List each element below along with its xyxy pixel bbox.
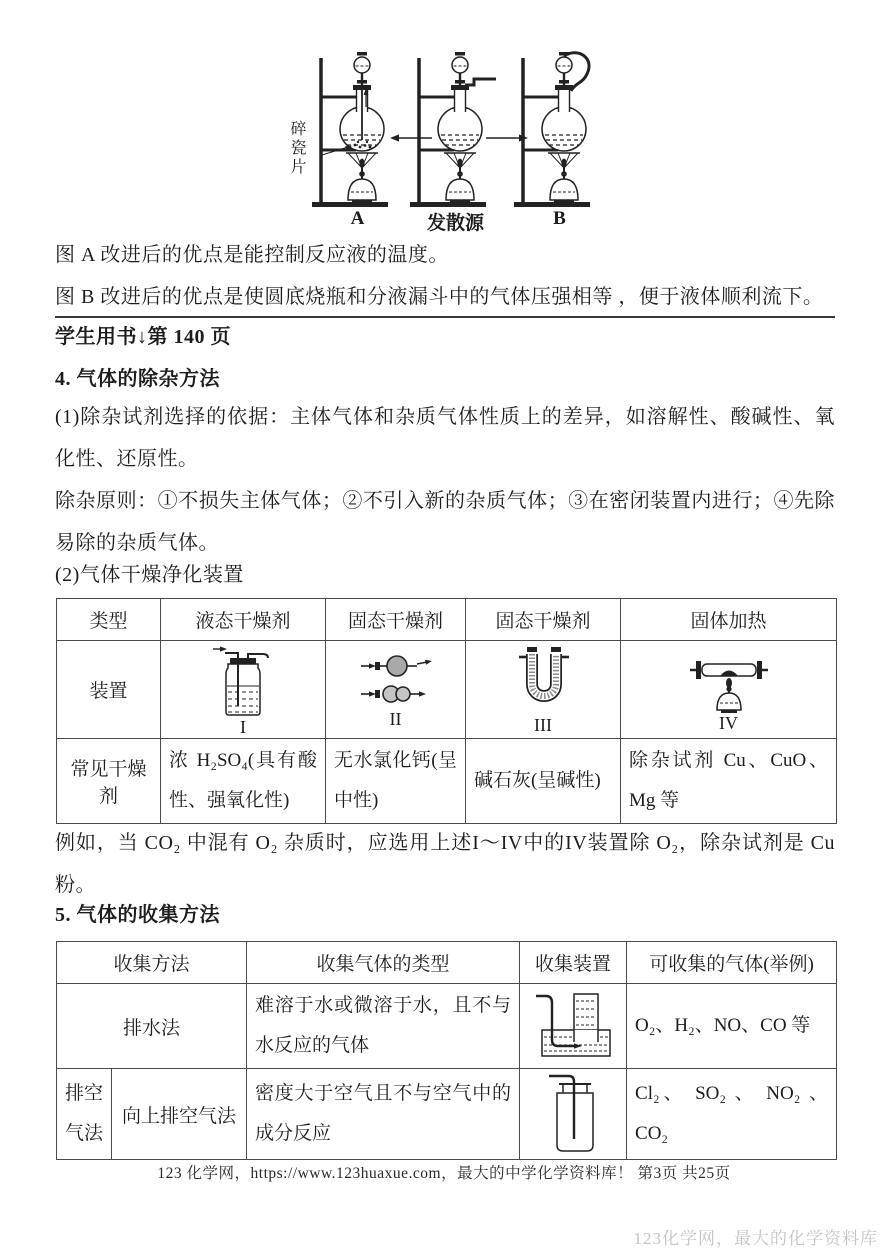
example-paragraph: 例如，当 CO₂ 中混有 O₂ 杂质时，应选用上述I～IV中的IV装置除 O₂，… [55,822,835,906]
table1-header-solid1: 固态干燥剂 [326,599,466,641]
figure-a-caption: 图 A 改进后的优点是能控制反应液的温度。 [55,240,835,270]
drying-bulbs-cell: II [326,641,466,739]
device-label-4: IV [621,714,836,732]
water-displacement-type: 难溶于水或微溶于水，且不与水反应的气体 [247,984,520,1069]
table1-header-solid2: 固态干燥剂 [466,599,621,641]
gas-washing-bottle-diagram [211,644,275,718]
table2-header-method: 收集方法 [57,942,247,984]
heated-tube-cell: IV [621,641,837,739]
gas-bottle-diagram [542,1071,604,1157]
u-tube-cell: III [466,641,621,739]
drying-device-table: 类型 液态干燥剂 固态干燥剂 固态干燥剂 固体加热 装置 [56,598,837,824]
device-label-3: III [466,716,620,734]
apparatus-diagram [0,50,888,215]
drier-h2so4: 浓 H₂SO₄(具有酸性、强氧化性) [161,739,326,824]
water-collection-diagram [526,990,620,1062]
student-book-ref: 学生用书↓第 140 页 [55,322,835,352]
apparatus-figure: A 发散源 B 碎瓷片 [0,50,888,230]
watermark: 123化学网，最大的化学资料库 [634,1224,879,1249]
table1-header-type: 类型 [57,599,161,641]
device-label-2: II [326,710,465,728]
table2-header-device: 收集装置 [520,942,627,984]
gas-washing-bottle-cell: I [161,641,326,739]
table1-header-liquid: 液态干燥剂 [161,599,326,641]
water-displacement-gases: O₂、H₂、NO、CO 等 [627,984,837,1069]
section4-paragraph3: (2)气体干燥净化装置 [55,560,835,590]
document-page: A 发散源 B 碎瓷片 图 A 改进后的优点是能控制反应液的温度。 图 B 改进… [0,0,888,1255]
table1-drier-row-label: 常见干燥剂 [57,739,161,824]
figure-b-caption: 图 B 改进后的优点是使圆底烧瓶和分液漏斗中的气体压强相等 ，便于液体顺利流下。 [55,282,835,312]
section5-title: 5. 气体的收集方法 [55,900,835,930]
section4-paragraph2: 除杂原则：①不损失主体气体；②不引入新的杂质气体；③在密闭装置内进行；④先除易除… [55,480,835,564]
drying-bulb-tubes-diagram [357,652,435,710]
apparatus-a-label: A [310,208,405,230]
upward-air-displacement-method: 向上排空气法 [112,1069,247,1160]
water-displacement-method: 排水法 [57,984,247,1069]
apparatus-source-label: 发散源 [408,208,503,235]
u-tube-diagram [515,646,571,716]
upward-air-displacement-type: 密度大于空气且不与空气中的成分反应 [247,1069,520,1160]
apparatus-b-label: B [512,208,607,230]
device-label-1: I [161,718,325,736]
table2-header-type: 收集气体的类型 [247,942,520,984]
gas-collection-table: 收集方法 收集气体的类型 收集装置 可收集的气体(举例) 排水法 难溶于水或微溶… [56,941,837,1160]
section4-paragraph1: (1)除杂试剂选择的依据：主体气体和杂质气体性质上的差异，如溶解性、酸碱性、氧化… [55,396,835,480]
heated-tube-diagram [687,648,771,714]
gas-bottle-cell [520,1069,627,1160]
section-divider [55,316,835,318]
air-displacement-group: 排空气法 [57,1069,112,1160]
page-footer: 123 化学网，https://www.123huaxue.com，最大的中学化… [0,1161,888,1183]
porcelain-chips-annotation: 碎瓷片 [287,120,305,177]
table1-device-row-label: 装置 [57,641,161,739]
table2-header-gases: 可收集的气体(举例) [627,942,837,984]
water-collection-cell [520,984,627,1069]
drier-sodalime: 碱石灰(呈碱性) [466,739,621,824]
table1-header-heated: 固体加热 [621,599,837,641]
drier-heated-reagents: 除杂试剂 Cu、CuO、Mg 等 [621,739,837,824]
upward-air-displacement-gases: Cl₂、 SO₂ 、 NO₂ 、CO₂ [627,1069,837,1160]
drier-cacl2: 无水氯化钙(呈中性) [326,739,466,824]
section4-title: 4. 气体的除杂方法 [55,364,835,394]
